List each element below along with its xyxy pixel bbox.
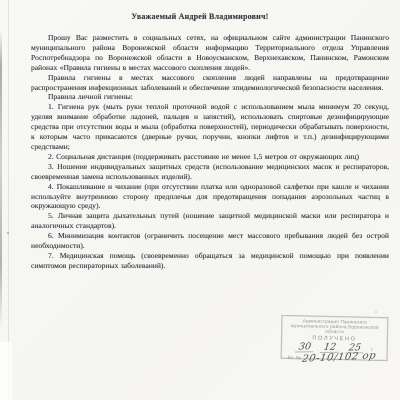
rule-item-5: 5. Личная защита дыхательных путей (ноше… [31,211,389,231]
paragraph-purpose: Правила гигиены в местах массового скопл… [31,73,389,93]
stamp-number-row: Вх. № 20-10/102 ор [284,352,385,363]
scan-speck [7,232,9,234]
rule-item-7: 7. Медицинская помощь (своевременно обра… [31,251,389,271]
stamp-number-label: Вх. № [288,356,301,361]
stamp-handwritten-number: 20-10/102 ор [302,351,377,363]
paragraph-intro: Прошу Вас разместить в социальных сетях,… [31,33,389,73]
rule-item-3: 3. Ношение индивидуальных защитных средс… [31,162,389,182]
stamp-handwritten-day: 30 [294,342,314,352]
rule-item-1: 1. Гигиена рук (мыть руки теплой проточн… [31,102,389,152]
scan-edge-artifact [0,30,2,330]
page-fold-line [8,0,9,400]
corner-light-artifact [0,342,12,400]
stamp-org-text: Администрация Панинского муниципального … [284,318,385,336]
rule-item-2: 2. Социальная дистанция (поддерживать ра… [31,152,389,162]
rule-item-6: 6. Минимизация контактов (ограничить пос… [31,231,389,251]
scan-speck [375,311,377,313]
letter-body: Прошу Вас разместить в социальных сетях,… [31,33,389,271]
rule-item-4: 4. Покашливание и чихание (при отсутстви… [31,182,389,212]
received-stamp: Администрация Панинского муниципального … [281,315,389,361]
paragraph-rules-heading: Правила личной гигиены: [31,92,389,102]
scanned-letter-page: Уважаемый Андрей Владимирович! Прошу Вас… [0,0,400,400]
letter-salutation: Уважаемый Андрей Владимирович! [0,12,400,21]
stamp-handwritten-month: 12 [320,342,340,352]
